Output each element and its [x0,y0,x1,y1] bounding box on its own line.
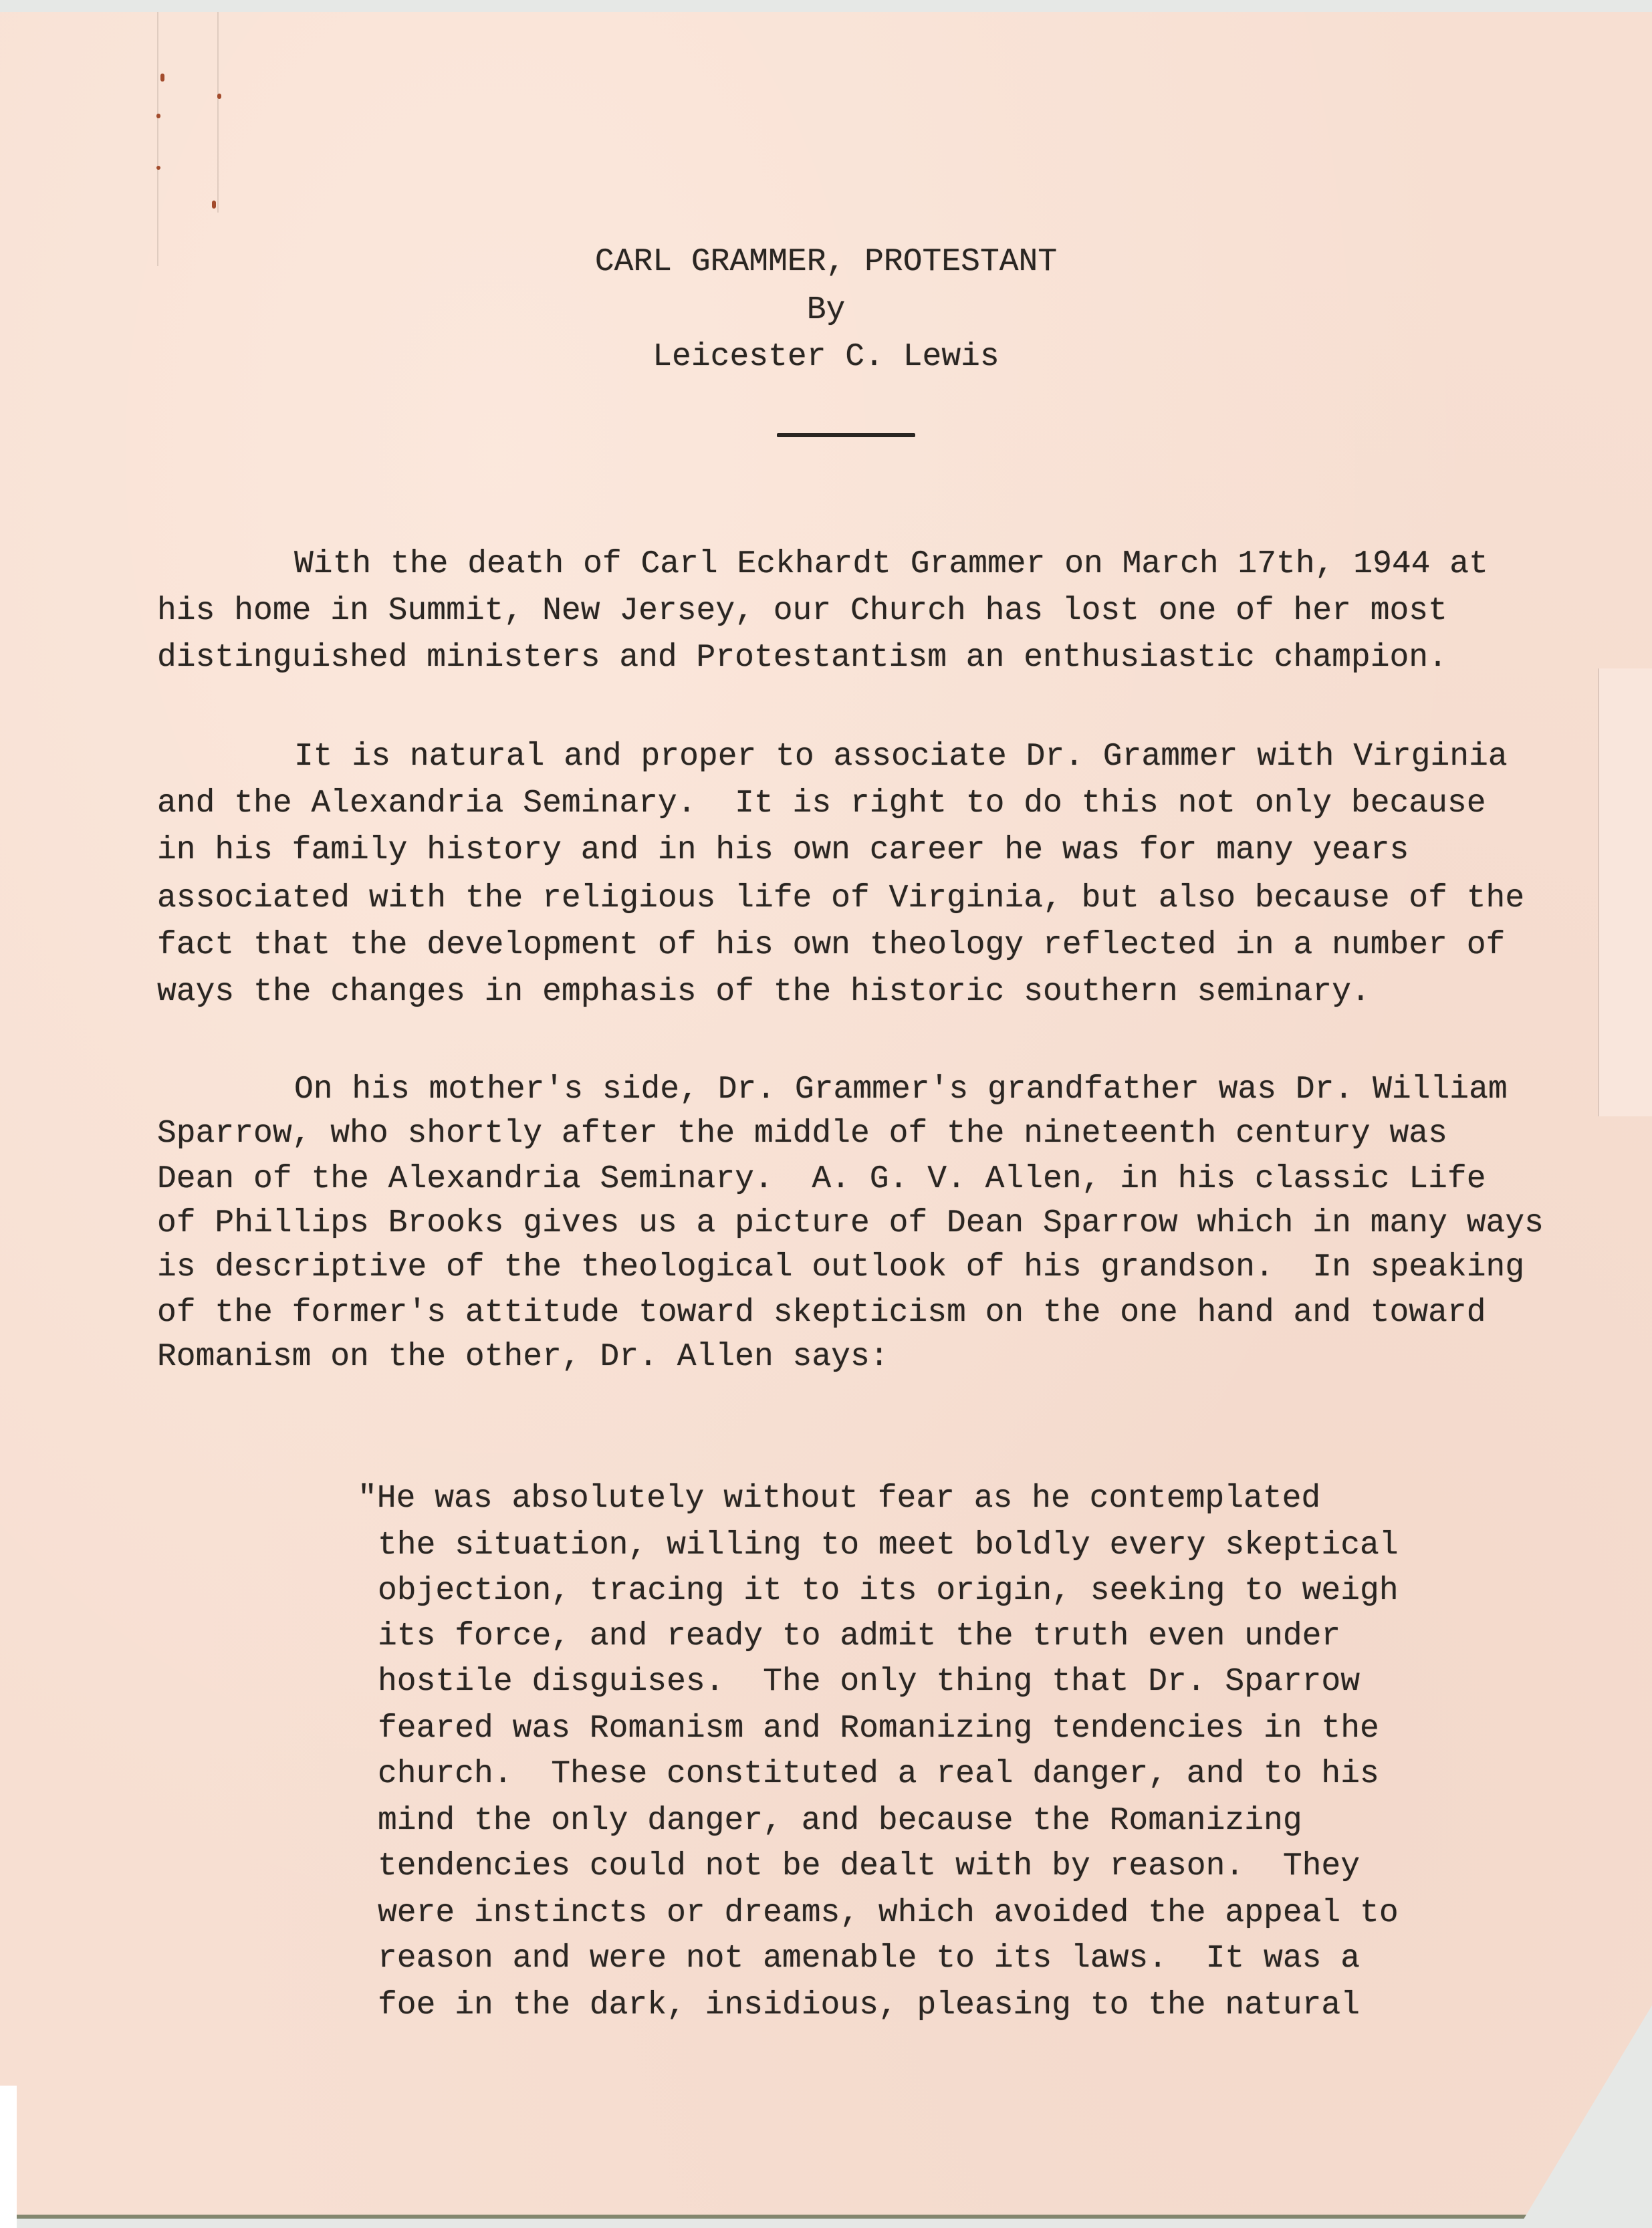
document-title: CARL GRAMMER, PROTESTANT [0,246,1652,278]
quote-line-3: objection, tracing it to its origin, see… [378,1575,1399,1607]
quote-line-4: its force, and ready to admit the truth … [378,1620,1340,1652]
author-name: Leicester C. Lewis [0,341,1652,373]
paragraph-3-line-7: Romanism on the other, Dr. Allen says: [157,1341,889,1373]
paper-edge-shadow [17,2215,1554,2219]
quote-line-5: hostile disguises. The only thing that D… [378,1666,1360,1698]
paragraph-2-line-1: It is natural and proper to associate Dr… [294,741,1508,773]
quote-line-1: "He was absolutely without fear as he co… [358,1483,1320,1515]
paragraph-3-line-2: Sparrow, who shortly after the middle of… [157,1118,1447,1150]
rust-stain [217,94,221,99]
folded-paper-flap [1598,668,1652,1116]
paragraph-3-line-6: of the former's attitude toward skeptici… [157,1297,1486,1329]
paragraph-3-line-4: of Phillips Brooks gives us a picture of… [157,1207,1544,1239]
byline-label: By [0,294,1652,326]
rust-stain [160,74,164,82]
quote-line-8: mind the only danger, and because the Ro… [378,1805,1302,1837]
paragraph-2-line-6: ways the changes in emphasis of the hist… [157,976,1371,1008]
paragraph-3-line-5: is descriptive of the theological outloo… [157,1251,1524,1283]
torn-corner [1518,2005,1652,2228]
quote-line-10: were instincts or dreams, which avoided … [378,1897,1399,1929]
quote-line-9: tendencies could not be dealt with by re… [378,1850,1360,1882]
rust-stain [212,201,216,209]
paragraph-2-line-4: associated with the religious life of Vi… [157,882,1524,914]
quote-line-11: reason and were not amenable to its laws… [378,1943,1360,1975]
quote-line-12: foe in the dark, insidious, pleasing to … [378,1989,1360,2021]
fold-crease [157,12,158,266]
rust-stain [156,166,160,170]
paragraph-1-line-1: With the death of Carl Eckhardt Grammer … [294,548,1488,580]
fold-crease [217,12,219,213]
paragraph-3-line-3: Dean of the Alexandria Seminary. A. G. V… [157,1163,1486,1195]
scan-margin [0,2086,17,2228]
paragraph-3-line-1: On his mother's side, Dr. Grammer's gran… [294,1074,1508,1106]
quote-line-7: church. These constituted a real danger,… [378,1758,1379,1790]
quote-line-2: the situation, willing to meet boldly ev… [378,1529,1399,1562]
title-divider [777,433,915,437]
paragraph-2-line-2: and the Alexandria Seminary. It is right… [157,787,1486,820]
paragraph-1-line-3: distinguished ministers and Protestantis… [157,642,1447,674]
quote-line-6: feared was Romanism and Romanizing tende… [378,1713,1379,1745]
paragraph-2-line-5: fact that the development of his own the… [157,929,1505,961]
rust-stain [156,114,160,118]
paragraph-1-line-2: his home in Summit, New Jersey, our Chur… [157,595,1447,627]
paragraph-2-line-3: in his family history and in his own car… [157,834,1409,866]
